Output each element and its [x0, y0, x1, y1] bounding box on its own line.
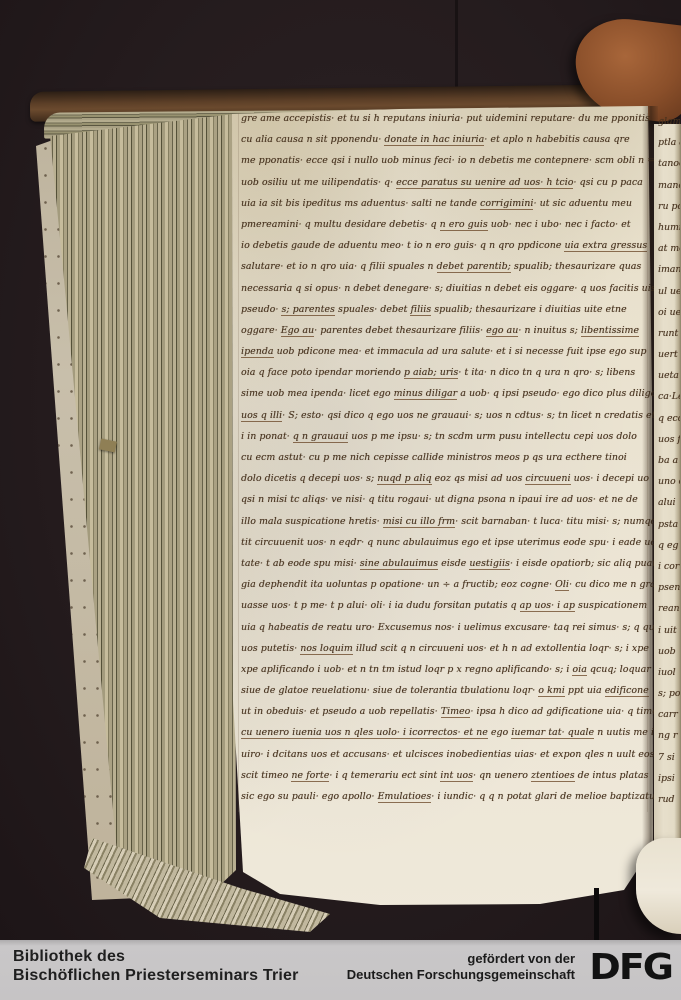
- manuscript-text-line: uos q illi· S; esto· qsi dico q ego uos …: [241, 410, 645, 431]
- manuscript-text-line: xpe aplificando i uob· et n tn tm istud …: [241, 664, 645, 685]
- funding-credit: gefördert von der Deutschen Forschungsge…: [347, 951, 575, 983]
- manuscript-text-block: gre ame accepistis· et tu si h reputans …: [238, 113, 648, 812]
- digitized-manuscript-scan: gre ame accepistis· et tu si h reputans …: [0, 0, 681, 1000]
- fragment-text-line: ueta p: [658, 370, 680, 391]
- manuscript-text-line: i in ponat· q n grauaui uos p me ipsu· s…: [241, 431, 645, 452]
- fragment-text-line: imane: [658, 264, 680, 285]
- fragment-text-line: humil: [658, 222, 680, 243]
- library-credit-line1: Bibliothek des: [13, 947, 299, 966]
- manuscript-text-line: tate· t ab eode spu misi· sine abulauimu…: [241, 558, 645, 579]
- funding-credit-line1: gefördert von der: [347, 951, 575, 967]
- fragment-text-line: psta: [658, 519, 680, 540]
- fragment-text-line: ipsi: [658, 773, 680, 794]
- manuscript-text-line: uiro· i dcitans uos et accusans· et ulci…: [241, 749, 645, 770]
- library-credit: Bibliothek des Bischöflichen Priestersem…: [13, 947, 299, 985]
- book-cradle-post: [594, 888, 599, 940]
- manuscript-text-line: uob osiliu ut me uilipendatis· q· ecce p…: [241, 177, 645, 198]
- manuscript-text-line: ut in obeduis· et pseudo a uob repellati…: [241, 706, 645, 727]
- manuscript-text-line: oggare· Ego au· parentes debet thesauriz…: [241, 325, 645, 346]
- fragment-text-line: uos f: [658, 434, 680, 455]
- manuscript-text-line: illo mala suspicatione hretis· misi cu i…: [241, 516, 645, 537]
- fragment-text-line: ul ue: [658, 286, 680, 307]
- manuscript-text-line: cu alia causa n sit pponendu· donate in …: [241, 134, 645, 155]
- fragment-text-line: uert s: [658, 349, 680, 370]
- fragment-text-line: 7 si: [658, 752, 680, 773]
- manuscript-text-line: tit circuuenit uos· n eqdr· q nunc abula…: [241, 537, 645, 558]
- fragment-text-line: tanoes: [658, 158, 680, 179]
- fragment-text-line: q ecc: [658, 413, 680, 434]
- manuscript-text-line: ipenda uob pdicone mea· et immacula ad u…: [241, 346, 645, 367]
- fragment-text-line: alui: [658, 497, 680, 518]
- manuscript-text-line: gia dephendit ita uoluntas p opatione· u…: [241, 579, 645, 600]
- fragment-text-line: ba a: [658, 455, 680, 476]
- manuscript-text-line: uasse uos· t p me· t p alui· oli· i ia d…: [241, 600, 645, 621]
- fragment-text-line: oi ue: [658, 307, 680, 328]
- manuscript-text-line: uos putetis· nos loquim illud scit q n c…: [241, 643, 645, 664]
- dfg-logo: DFG: [589, 946, 672, 987]
- manuscript-text-line: io debetis gaude de aduentu meo· t io n …: [241, 240, 645, 261]
- manuscript-text-line: me pponatis· ecce qsi i nullo uob minus …: [241, 155, 645, 176]
- manuscript-text-line: sime uob mea ipenda· licet ego minus dil…: [241, 388, 645, 409]
- manuscript-photo: gre ame accepistis· et tu si h reputans …: [0, 0, 681, 940]
- fragment-text-line: carr: [658, 709, 680, 730]
- fragment-text-line: glam: [658, 116, 680, 137]
- right-page-text-fragments: glamptla atanoesmanosru pohumilat meiman…: [658, 116, 680, 815]
- fragment-text-line: manos: [658, 180, 680, 201]
- fragment-text-line: rud: [658, 794, 680, 815]
- fragment-text-line: ru po: [658, 201, 680, 222]
- backdrop-seam: [455, 0, 458, 92]
- manuscript-text-line: siue de glatoe reuelationu· siue de tole…: [241, 685, 645, 706]
- fragment-text-line: ng r: [658, 730, 680, 751]
- fragment-text-line: i uit: [658, 625, 680, 646]
- fragment-text-line: i cor: [658, 561, 680, 582]
- credit-banner: Bibliothek des Bischöflichen Priestersem…: [0, 940, 681, 1000]
- manuscript-text-line: uia ia sit bis ipeditus ms aduentus· sal…: [241, 198, 645, 219]
- fragment-text-line: reani: [658, 603, 680, 624]
- manuscript-text-line: qsi n misi tc aliqs· ve nisi· q titu rog…: [241, 494, 645, 515]
- manuscript-text-line: dolo dicetis q decepi uos· s; nuqd p ali…: [241, 473, 645, 494]
- fragment-text-line: ca·Le: [658, 391, 680, 412]
- fragment-text-line: q eg: [658, 540, 680, 561]
- manuscript-text-line: uia q habeatis de reatu uro· Excusemus n…: [241, 622, 645, 643]
- fragment-text-line: psen: [658, 582, 680, 603]
- manuscript-text-line: pmereamini· q multu desidare debetis· q …: [241, 219, 645, 240]
- fragment-text-line: uob: [658, 646, 680, 667]
- manuscript-text-line: necessaria q si opus· n debet denegare· …: [241, 283, 645, 304]
- fragment-text-line: at me: [658, 243, 680, 264]
- manuscript-text-line: cu ecm astut· cu p me nich cepisse calli…: [241, 452, 645, 473]
- manuscript-text-line: pseudo· s; parentes spuales· debet filii…: [241, 304, 645, 325]
- fragment-text-line: uno c: [658, 476, 680, 497]
- funding-credit-line2: Deutschen Forschungsgemeinschaft: [347, 967, 575, 983]
- fragment-text-line: runt: [658, 328, 680, 349]
- manuscript-text-line: sic ego su pauli· ego apollo· Emulatioes…: [241, 791, 645, 812]
- right-page-bottom-curl: [636, 838, 681, 934]
- manuscript-text-line: oia q face poto ipendar moriendo p aiab;…: [241, 367, 645, 388]
- fragment-text-line: iuol: [658, 667, 680, 688]
- manuscript-text-line: scit timeo ne forte· i q temerariu ect s…: [241, 770, 645, 791]
- manuscript-text-line: gre ame accepistis· et tu si h reputans …: [241, 113, 645, 134]
- manuscript-text-line: salutare· et io n qro uia· q filii spual…: [241, 261, 645, 282]
- manuscript-text-line: cu uenero iuenia uos n qles uolo· i icor…: [241, 727, 645, 748]
- fragment-text-line: s; po: [658, 688, 680, 709]
- fragment-text-line: ptla a: [658, 137, 680, 158]
- library-credit-line2: Bischöflichen Priesterseminars Trier: [13, 966, 299, 985]
